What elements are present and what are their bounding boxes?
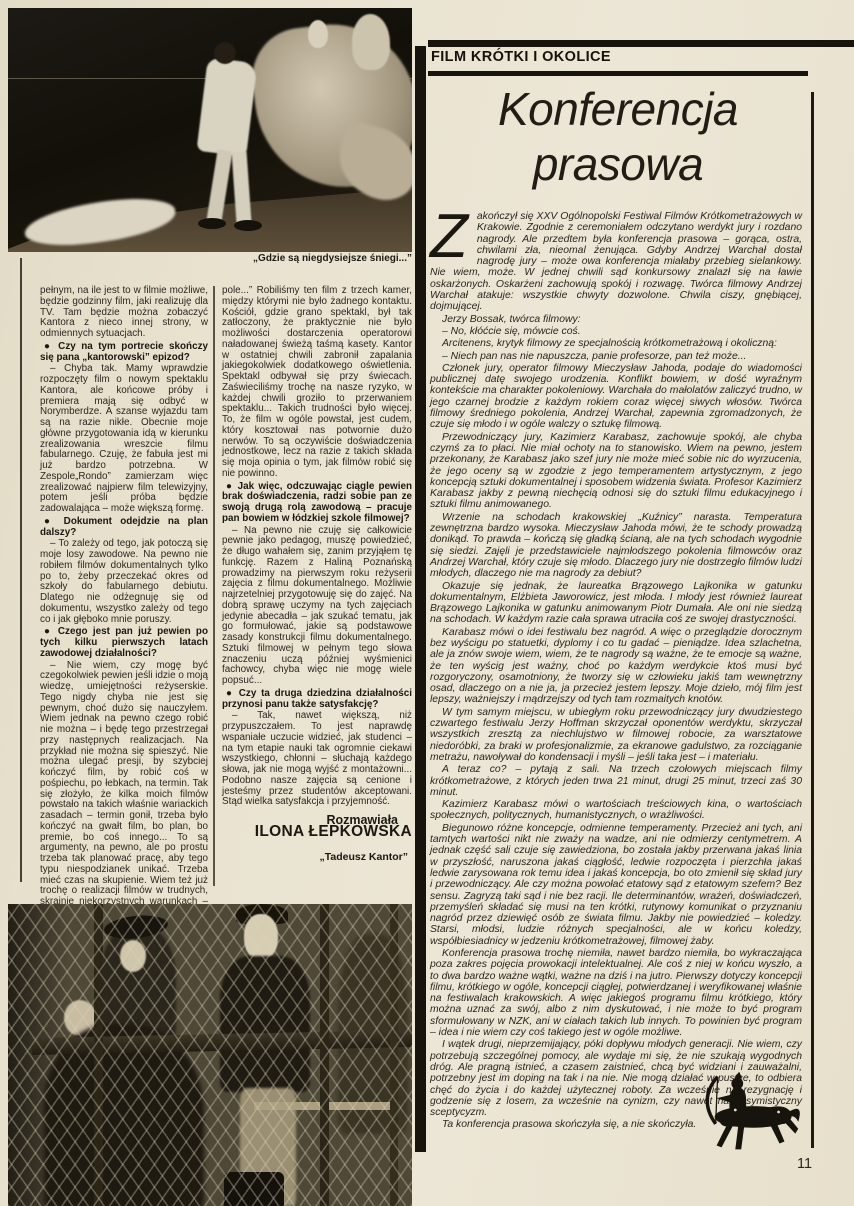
- photo-detail-figure-head: [352, 14, 390, 70]
- photo-detail-white-figure: [196, 57, 257, 156]
- photo-detail-face: [244, 914, 278, 960]
- article-paragraph: Kazimierz Karabasz mówi o wartościach tr…: [430, 799, 802, 822]
- photo-detail-shelf: [254, 1102, 396, 1110]
- column-divider-rule: [213, 286, 215, 886]
- article-paragraph: Arcitenens, krytyk filmowy ze specjalnoś…: [430, 338, 802, 349]
- photo-detail-post: [94, 904, 103, 1206]
- article-paragraph: – No, kłóćcie się, mówcie coś.: [430, 326, 802, 337]
- section-header: FILM KRÓTKI I OKOLICE: [431, 49, 611, 65]
- article-paragraph: A teraz co? – pytają z sali. Na trzech c…: [430, 764, 802, 798]
- interview-paragraph: pole...” Robiliśmy ten film z trzech kam…: [222, 286, 412, 480]
- interview-column-2: pole...” Robiliśmy ten film z trzech kam…: [222, 286, 412, 862]
- article-paragraph: – Niech pan nas nie napuszcza, panie pro…: [430, 351, 802, 362]
- article-paragraph: Przewodniczący jury, Kazimierz Karabasz,…: [430, 432, 802, 511]
- article-paragraph: Członek jury, operator filmowy Mieczysła…: [430, 363, 802, 431]
- interview-answer: – To zależy od tego, jak potoczą się moj…: [40, 539, 208, 625]
- article-paragraph: Biegunowo różne koncepcje, odmienne temp…: [430, 823, 802, 947]
- photo-detail-figure: [220, 956, 310, 1092]
- photo-detail-shoe: [234, 220, 262, 231]
- photo-detail-figure: [240, 1088, 296, 1206]
- photo-detail-face: [64, 1000, 96, 1036]
- section-header-rule: [428, 71, 808, 76]
- article-paragraph: W tym samym miejscu, w ubiegłym roku prz…: [430, 707, 802, 763]
- article-title-line2: prasowa: [533, 138, 703, 190]
- photo-detail-figure: [338, 934, 408, 1134]
- bottom-photo-behind-fence: [8, 904, 412, 1206]
- article-paragraph: Karabasz mówi o idei festiwalu bez nagró…: [430, 627, 802, 706]
- section-divider-bar: [415, 46, 426, 1152]
- photo-detail-rail: [32, 1030, 412, 1055]
- interview-column-1: pełnym, na ile jest to w filmie możliwe,…: [40, 286, 208, 919]
- bottom-photo-caption: „Tadeusz Kantor”: [222, 852, 412, 863]
- interview-answer: – Nie wiem, czy mogę być czegokolwiek pe…: [40, 661, 208, 919]
- photo-detail-post: [320, 904, 329, 1206]
- interview-question: ● Czy ta druga dziedzina działalności pr…: [222, 689, 412, 711]
- article-paragraph: Konferencja prasowa trochę niemiła, nawe…: [430, 948, 802, 1038]
- photo-detail-hat: [103, 913, 169, 942]
- article-paragraph: Okazuje się jednak, że laureatka Brązowe…: [430, 581, 802, 626]
- article-title: Konferencja prasowa: [430, 82, 806, 192]
- top-photo-caption: „Gdzie są niegdysiejsze śniegi...”: [210, 253, 412, 264]
- section-top-bar: [428, 40, 854, 47]
- right-margin-rule: [811, 92, 814, 1148]
- page-number: 11: [797, 1156, 812, 1172]
- interview-answer: – Chyba tak. Mamy wprawdzie rozpoczęty f…: [40, 364, 208, 515]
- left-margin-rule: [20, 258, 22, 882]
- photo-detail-hat: [236, 904, 288, 924]
- arcitenens-logo: [694, 1072, 812, 1154]
- interview-question: ● Jak więc, odczuwając ciągle pewien bra…: [222, 482, 412, 525]
- article-lead-paragraph: Zakończył się XXV Ogólnopolski Festiwal …: [430, 211, 802, 313]
- byline-name: ILONA ŁEPKOWSKA: [222, 827, 412, 838]
- photo-detail-figure-head: [214, 42, 236, 64]
- interview-question: ● Czy na tym portrecie skończy się pana …: [40, 342, 208, 364]
- article-body: Zakończył się XXV Ogólnopolski Festiwal …: [430, 211, 802, 1131]
- interview-answer: – Na pewno nie czuję się całkowicie pewn…: [222, 526, 412, 687]
- top-photo-kantor-performance: [8, 8, 412, 252]
- photo-detail-post: [390, 904, 398, 1206]
- article-lead-text: akończył się XXV Ogólnopolski Festiwal F…: [430, 211, 802, 312]
- interview-paragraph: pełnym, na ile jest to w filmie możliwe,…: [40, 286, 208, 340]
- article-paragraph: Wrzenie na schodach krakowskiej „Kuźnicy…: [430, 512, 802, 580]
- photo-detail-figure: [100, 926, 176, 1050]
- dropcap-letter: Z: [430, 211, 477, 260]
- interview-question: ● Czego jest pan już pewien po tych kilk…: [40, 627, 208, 659]
- interview-question: ● Dokument odejdzie na plan dalszy?: [40, 517, 208, 539]
- photo-detail-shadow: [8, 904, 68, 1206]
- byline: Rozmawiała ILONA ŁEPKOWSKA: [222, 815, 412, 838]
- photo-detail-stool: [224, 1172, 284, 1206]
- magazine-page: „Gdzie są niegdysiejsze śniegi...” pełny…: [0, 0, 854, 1206]
- article-title-line1: Konferencja: [498, 83, 738, 135]
- photo-detail-figure: [44, 1024, 204, 1206]
- photo-detail-shoe: [198, 218, 226, 229]
- photo-detail-face: [120, 940, 146, 972]
- article-paragraph: Jerzy Bossak, twórca filmowy:: [430, 314, 802, 325]
- photo-detail-figure-head: [308, 20, 328, 48]
- interview-answer: – Tak, nawet większą, niż przypuszczałem…: [222, 711, 412, 808]
